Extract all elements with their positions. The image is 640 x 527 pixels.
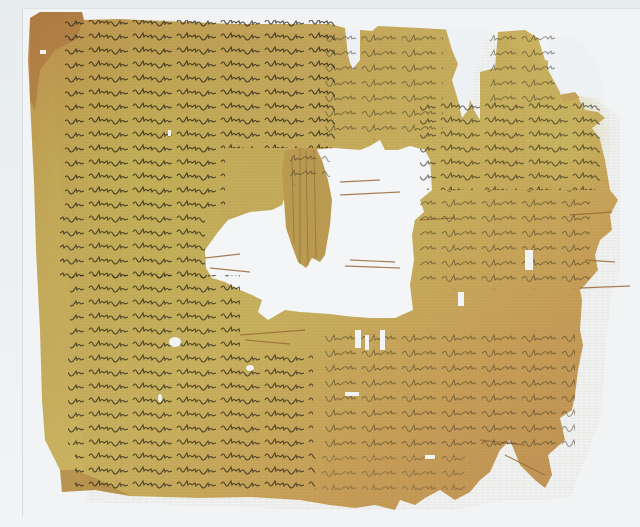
photo-scene: Ancient papyrus manuscript fragment with… — [0, 0, 640, 527]
papyrus-fragment — [0, 0, 640, 527]
